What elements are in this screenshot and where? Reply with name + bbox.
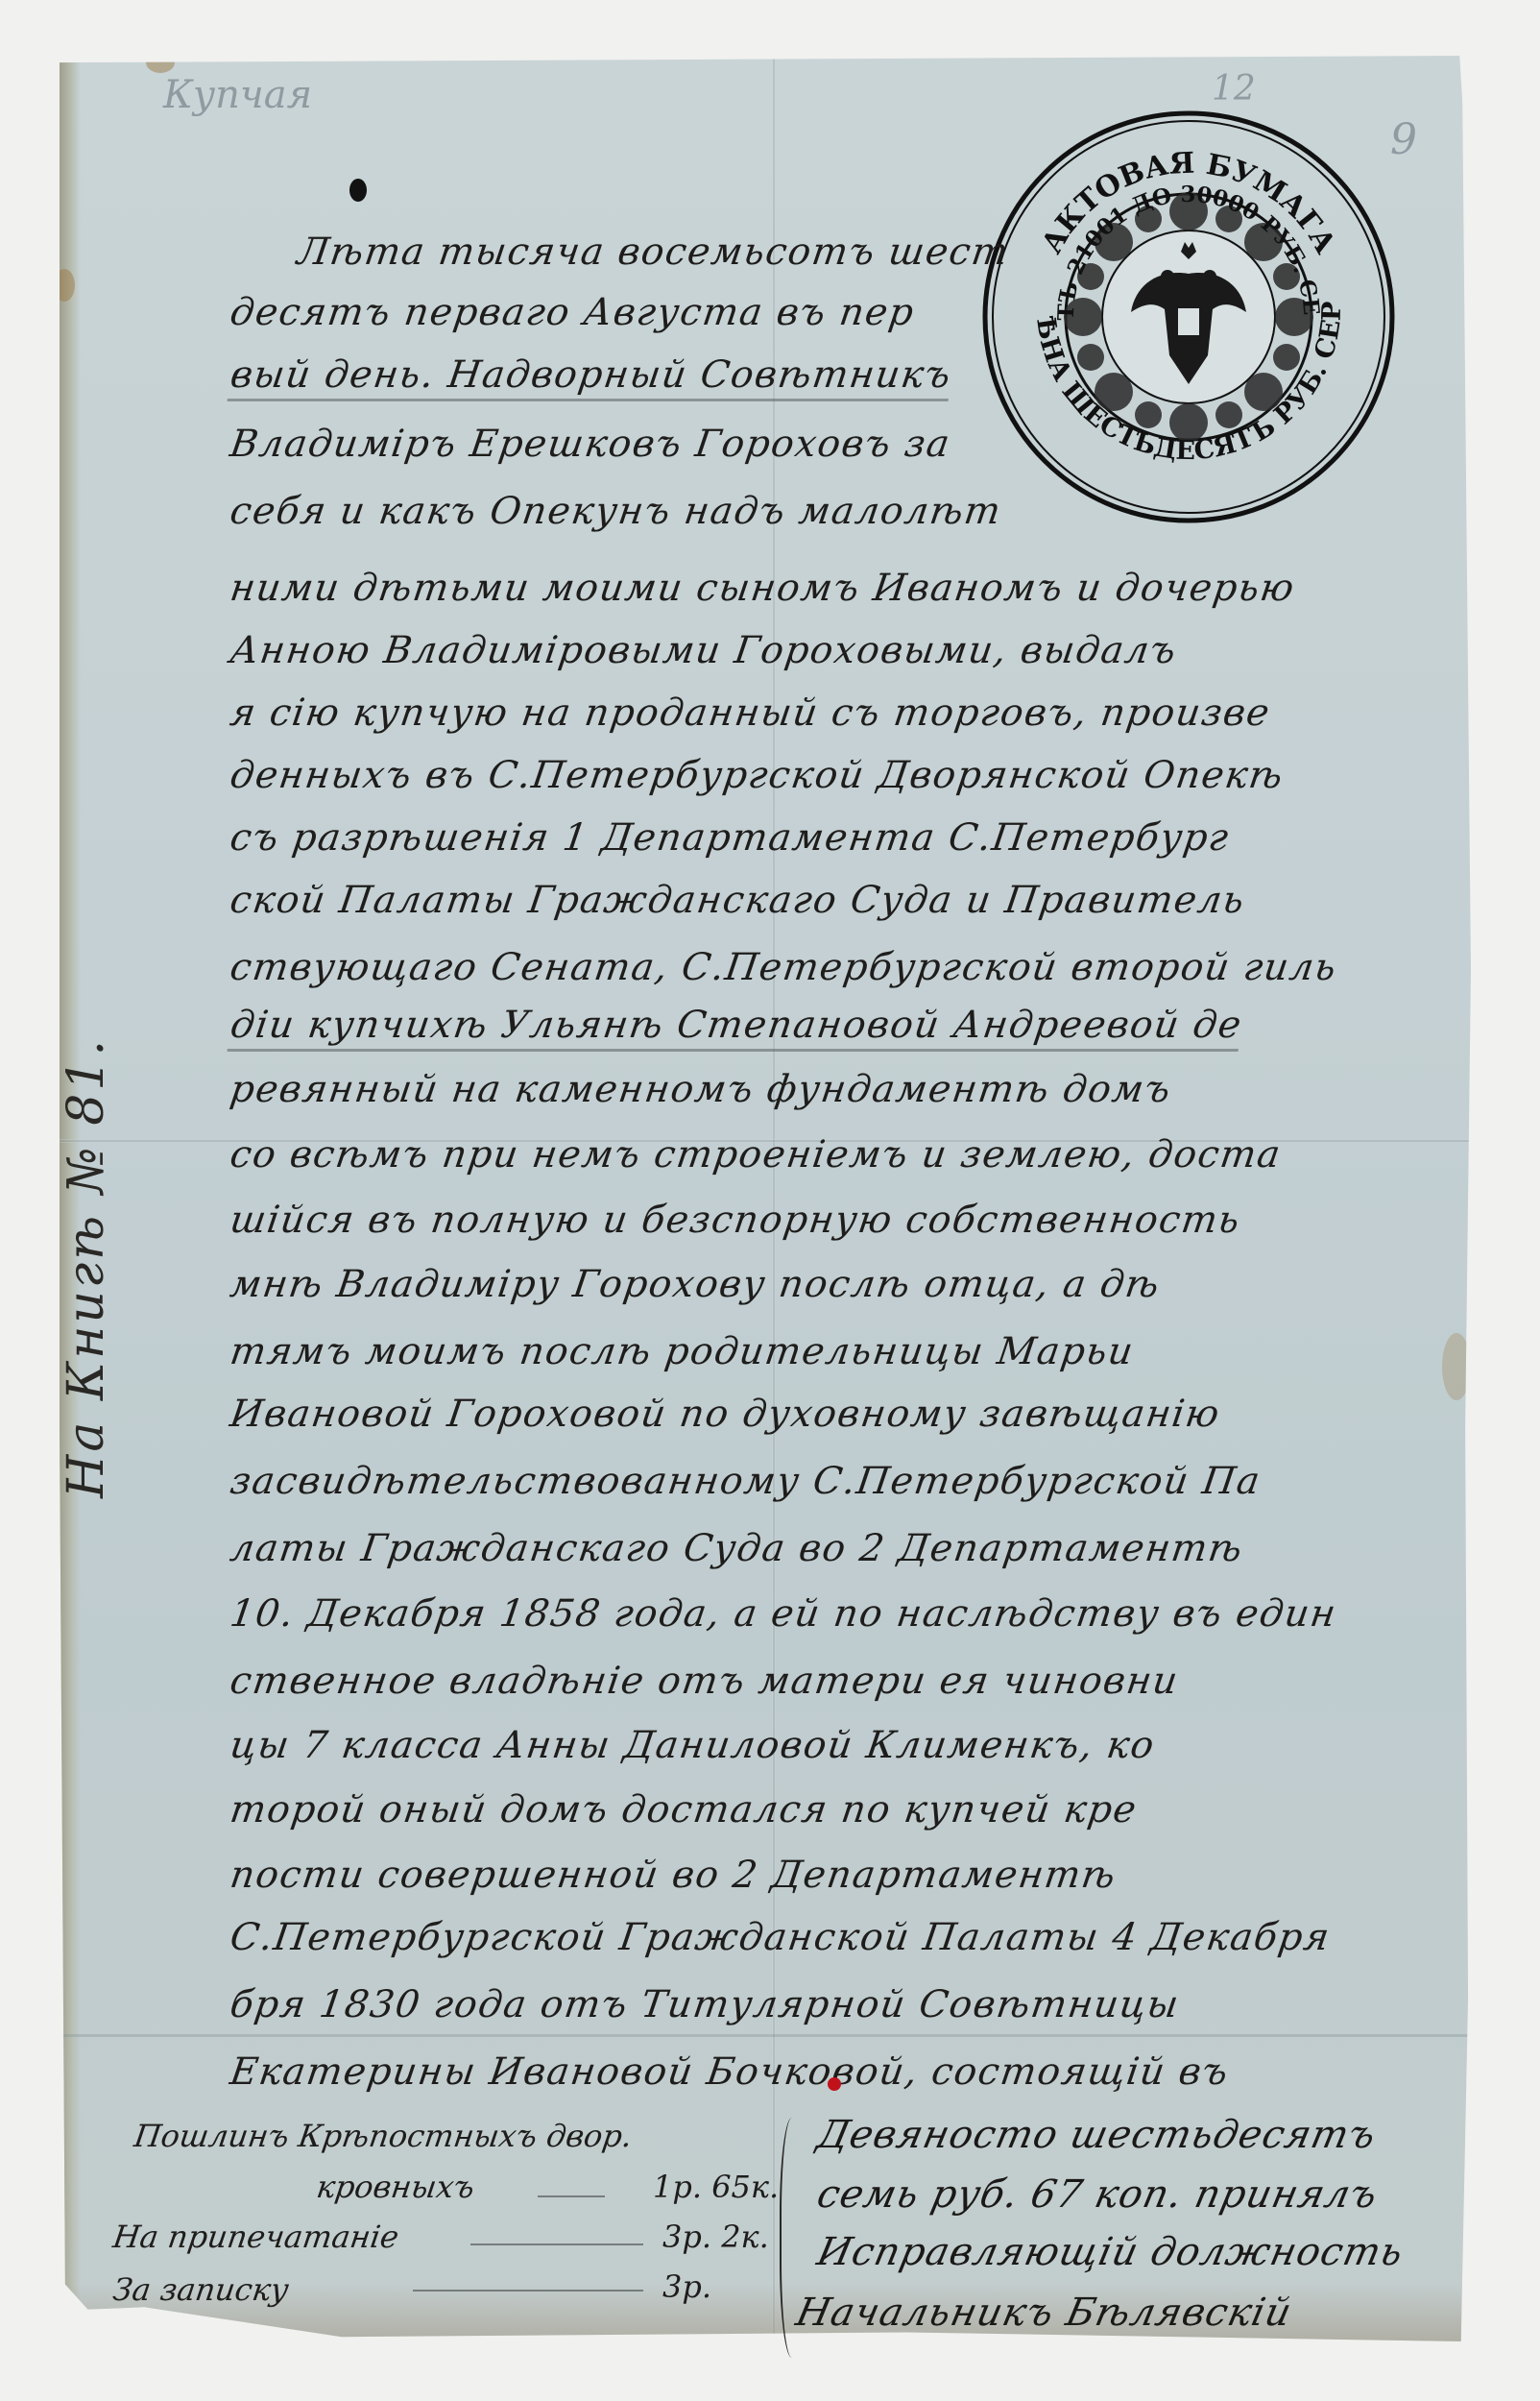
body-text-line: Владиміръ Ерешковъ Гороховъ за <box>228 423 953 466</box>
body-text-line: ственное владѣніе отъ матери ея чиновни <box>228 1660 1182 1703</box>
pencil-note-title: Купчая <box>163 73 312 117</box>
fee-amount-blood: 1р. 65к. <box>653 2169 779 2205</box>
body-text-line: латы Гражданскаго Суда во 2 Департаментѣ <box>228 1527 1246 1570</box>
stain <box>54 269 75 302</box>
body-text-line: торой оный домъ достался по купчей кре <box>228 1788 1141 1831</box>
fee-dash <box>413 2290 643 2292</box>
body-text-line: пости совершенной во 2 Департаментѣ <box>228 1854 1119 1897</box>
fee-label-duty: Пошлинъ Крѣпостныхъ двор. <box>132 2118 635 2154</box>
body-text-line: тямъ моимъ послѣ родительницы Марьи <box>228 1330 1137 1373</box>
body-text-line: ревянный на каменномъ фундаментѣ домъ <box>228 1068 1174 1111</box>
fee-amount-sealing: 3р. 2к. <box>662 2219 769 2255</box>
fee-label-sealing: На припечатаніе <box>110 2219 400 2255</box>
body-text-line: Екатерины Ивановой Бочковой, состоящій в… <box>228 2050 1232 2094</box>
body-text-line: ской Палаты Гражданскаго Суда и Правител… <box>228 879 1248 922</box>
body-text-line: десятъ перваго Августа въ пер <box>228 291 918 334</box>
body-text-line: С.Петербургской Гражданской Палаты 4 Дек… <box>228 1916 1334 1959</box>
body-text-line: я сію купчую на проданный съ торговъ, пр… <box>228 691 1273 735</box>
total-note-line-1: Девяносто шестьдесятъ <box>813 2113 1380 2157</box>
fee-dash <box>470 2243 643 2245</box>
ink-blot <box>349 179 367 202</box>
fee-dash <box>538 2195 605 2197</box>
stain <box>146 52 175 73</box>
signature-line: Начальникъ Бѣлявскій <box>792 2291 1296 2335</box>
body-text-line: Лѣта тысяча восемьсотъ шест <box>295 230 1012 274</box>
body-text-line: цы 7 класса Анны Даниловой Клименкъ, ко <box>228 1724 1158 1767</box>
fee-label-registration: За записку <box>110 2271 291 2308</box>
body-text-line: шійся въ полную и безспорную собственнос… <box>228 1199 1243 1242</box>
body-text-line: Анною Владиміровыми Гороховыми, выдалъ <box>228 629 1180 672</box>
body-text-line: ствующаго Сената, С.Петербургской второй… <box>228 946 1340 989</box>
body-text-line: діи купчихѣ Ульянѣ Степановой Андреевой … <box>227 1004 1244 1052</box>
lower-fold-line <box>60 2034 1471 2037</box>
stain <box>1442 1333 1471 1400</box>
margin-register-note: На Книгѣ № 81. <box>58 1037 115 1498</box>
revenue-stamp: АКТОВАЯ БУМАГА ОТЪ 21001 ДО 30000 РУБ. С… <box>977 106 1400 528</box>
body-text-line: себя и какъ Опекунъ надъ малолѣт <box>228 490 1004 533</box>
fee-amount-registration: 3р. <box>662 2268 711 2305</box>
body-text-line: мнѣ Владиміру Горохову послѣ отца, а дѣ <box>228 1263 1164 1306</box>
body-text-line: бря 1830 года отъ Титулярной Совѣтницы <box>228 1983 1183 2026</box>
body-text-line: 10. Декабря 1858 года, а ей по наслѣдств… <box>228 1592 1339 1636</box>
body-text-line: со всѣмъ при немъ строеніемъ и землею, д… <box>228 1133 1285 1176</box>
body-text-line: Ивановой Гороховой по духовному завѣщані… <box>228 1393 1223 1436</box>
body-text-line: засвидѣтельствованному С.Петербургской П… <box>228 1460 1263 1503</box>
body-text-line: денныхъ въ С.Петербургской Дворянской Оп… <box>228 754 1287 797</box>
pencil-note-number: 12 <box>1212 69 1256 109</box>
red-ink-mark <box>828 2077 841 2091</box>
body-text-line: ними дѣтьми моими сыномъ Иваномъ и дочер… <box>228 567 1298 610</box>
body-text-line: съ разрѣшенія 1 Департамента С.Петербург <box>228 816 1233 860</box>
total-note-line-3: Исправляющій должность <box>813 2230 1408 2274</box>
total-note-line-2: семь руб. 67 коп. принялъ <box>813 2172 1382 2217</box>
body-text-line: вый день. Надворный Совѣтникъ <box>227 353 954 401</box>
fee-label-blood: кровныхъ <box>314 2169 476 2205</box>
